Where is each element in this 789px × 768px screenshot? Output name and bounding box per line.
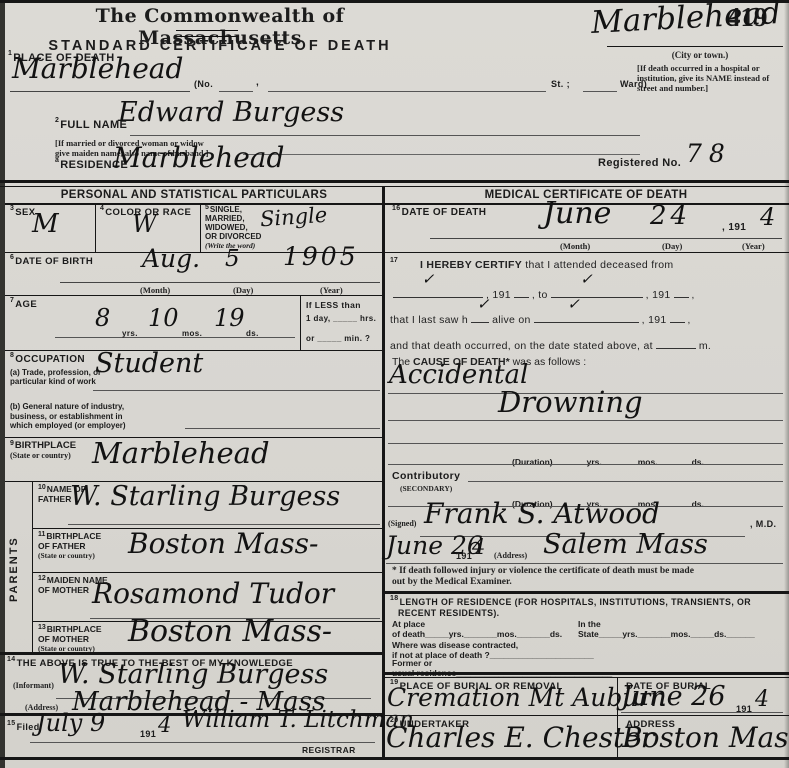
bottom-rule xyxy=(0,757,789,760)
full-name-underline xyxy=(130,135,640,136)
len-in-the: In the State_____yrs._______mos._____ds.… xyxy=(578,619,755,639)
dob-month-label: (Month) xyxy=(140,285,170,295)
occupation-a-note: (a) Trade, profession, or particular kin… xyxy=(10,368,101,386)
year-blank xyxy=(670,310,685,323)
marital-line-2: MARRIED, xyxy=(205,214,261,223)
scan-edge-right xyxy=(784,0,789,768)
duration-label: (Duration) xyxy=(512,457,553,467)
informant-label: (Informant) xyxy=(13,681,54,690)
age-less-1: If LESS than xyxy=(306,300,361,310)
race-value: W xyxy=(132,210,157,238)
marital-value: Single xyxy=(259,203,328,232)
dod-day-label: (Day) xyxy=(662,241,682,251)
occupation-a-underline xyxy=(93,390,380,391)
pronoun-blank: ✓ xyxy=(471,310,489,323)
mother-bp-label: 13BIRTHPLACE OF MOTHER (State or country… xyxy=(38,625,102,654)
birthplace-value: Marblehead xyxy=(92,436,270,470)
dod-year: 4 xyxy=(760,203,775,231)
cause-line-2: Drowning xyxy=(498,385,643,419)
cause-rule-2 xyxy=(388,420,783,421)
birthplace-label: 9BIRTHPLACE (State or country) xyxy=(10,441,76,461)
occupation-b-line-2: business, or establishment in xyxy=(10,412,126,422)
examiner-note-line-2: out by the Medical Examiner. xyxy=(392,577,784,588)
filed-191: 191 xyxy=(140,729,156,739)
len-rule xyxy=(385,591,789,594)
examiner-note-line-1: * If death followed injury or violence t… xyxy=(392,566,784,577)
burial-date-underline xyxy=(621,712,783,713)
age-yrs-value: 8 xyxy=(95,304,110,332)
occupation-a-line-1: (a) Trade, profession, or xyxy=(10,368,101,377)
parents-divider xyxy=(32,481,33,652)
checkmark: ✓ xyxy=(422,270,435,288)
len-at-place: At place of death_____yrs._______mos.___… xyxy=(392,619,562,639)
informant-value: W. Starling Burgess xyxy=(58,659,328,690)
registered-value: 78 xyxy=(686,139,732,168)
age-mos-value: 10 xyxy=(148,304,179,332)
to-label: , to xyxy=(532,289,548,301)
dod-year-label: (Year) xyxy=(742,241,765,251)
at-place-line-1: At place xyxy=(392,619,562,629)
death-certificate: The Commonwealth of Massachusetts STANDA… xyxy=(0,0,789,768)
full-name-value: Edward Burgess xyxy=(118,97,344,128)
registrar-sig: William T. Litchman xyxy=(182,707,414,733)
father-bp-row-rule xyxy=(32,572,383,573)
mother-name-value: Rosamond Tudor xyxy=(92,577,334,610)
no-label: (No. xyxy=(194,79,213,89)
residence-value: Marblehead xyxy=(113,141,284,174)
comma-label: , xyxy=(692,290,695,301)
race-marital-divider xyxy=(200,203,201,252)
place-of-death-value: Marblehead xyxy=(12,52,183,85)
sex-value: M xyxy=(32,209,59,239)
age-ds-label: ds. xyxy=(246,329,259,338)
occupation-label: 8OCCUPATION xyxy=(10,354,85,365)
filed-label: 15Filed xyxy=(7,722,40,732)
filed-underline xyxy=(30,742,375,743)
father-name-value: W. Starling Burgess xyxy=(70,481,340,512)
registered-label: Registered No. xyxy=(598,157,681,169)
dob-day-value: 5 xyxy=(225,246,240,272)
dob-year-value: 1905 xyxy=(283,242,359,271)
hospital-note: [If death occurred in a hospital or inst… xyxy=(637,63,787,93)
mother-bp-value: Boston Mass- xyxy=(128,614,332,649)
checkmark: ✓ xyxy=(477,295,490,313)
md-label: , M.D. xyxy=(750,519,776,529)
time-blank xyxy=(656,336,696,349)
birthplace-label-line: 9BIRTHPLACE xyxy=(10,441,76,451)
maiden-note-underline xyxy=(243,154,640,155)
ward-label: Ward) xyxy=(620,79,647,89)
certify-num: 17 xyxy=(390,257,398,264)
registrar-label: REGISTRAR xyxy=(302,745,356,755)
cause-rule-4 xyxy=(388,464,783,465)
signed-address-label: (Address) xyxy=(494,551,527,560)
father-bp-label: 11BIRTHPLACE OF FATHER (State or country… xyxy=(38,532,101,561)
secondary-label: (SECONDARY) xyxy=(400,484,452,493)
dob-month-value: Aug. xyxy=(142,244,200,273)
mos-label: mos. xyxy=(638,457,658,467)
cause-rule-3 xyxy=(388,443,783,444)
checkmark: ✓ xyxy=(580,270,593,288)
occupation-b-note: (b) General nature of industry, business… xyxy=(10,402,126,431)
comma-label: , xyxy=(688,315,691,326)
certify-line-1: I HEREBY CERTIFY that I attended decease… xyxy=(420,259,673,271)
sex-race-divider xyxy=(95,203,96,252)
ds-label: ds. xyxy=(692,457,704,467)
header-rule-b xyxy=(0,186,789,187)
mother-bp-label-2: OF MOTHER xyxy=(38,635,102,645)
alive-on-label: alive on xyxy=(492,314,531,326)
dob-underline xyxy=(60,282,380,283)
year-191-label: , 191 xyxy=(646,289,671,301)
last-saw-label: that I last saw h xyxy=(390,314,468,326)
marital-line-4: OR DIVORCED xyxy=(205,232,261,241)
len-header-2: RECENT RESIDENTS). xyxy=(398,608,500,618)
no-blank xyxy=(219,91,253,92)
attended-to-blank: ✓ xyxy=(551,285,643,298)
ward-blank xyxy=(583,91,617,92)
u-address-value: Boston Mass xyxy=(622,721,789,754)
burial-rule-b xyxy=(385,677,789,678)
len-header-1: 18LENGTH OF RESIDENCE (FOR HOSPITALS, IN… xyxy=(390,597,751,607)
father-bp-value: Boston Mass- xyxy=(128,527,318,560)
dod-underline xyxy=(430,238,782,239)
contributory-underline xyxy=(468,481,783,482)
signed-address-value: Salem Mass xyxy=(543,529,708,560)
marital-label: 5SINGLE, MARRIED, WIDOWED, OR DIVORCED (… xyxy=(205,205,261,250)
age-less-3: or _____ min. ? xyxy=(306,334,370,343)
birthplace-sub: (State or country) xyxy=(10,451,76,461)
header-rule-a xyxy=(0,180,789,183)
father-bp-label-3: (State or country) xyxy=(38,551,101,561)
age-less-2: 1 day, _____ hrs. xyxy=(306,314,376,323)
signed-191: 191 xyxy=(456,551,472,561)
in-the-line-1: In the xyxy=(578,619,755,629)
st-label: St. ; xyxy=(551,79,570,89)
dod-day-value: 24 xyxy=(650,201,691,231)
certify-line-4: and that death occurred, on the date sta… xyxy=(390,336,711,352)
signed-year: 4 xyxy=(472,535,485,559)
burial-date-value: June 26 xyxy=(621,681,726,712)
occupation-b-line-3: which employed (or employer) xyxy=(10,421,126,431)
corner-town: Marblehead xyxy=(590,0,781,41)
dob-label: 6DATE OF BIRTH xyxy=(10,256,93,267)
attended-from-blank: ✓ xyxy=(393,285,483,298)
dod-month-label: (Month) xyxy=(560,241,590,251)
contributory-label: Contributory xyxy=(392,470,460,482)
dob-row-rule xyxy=(5,295,383,296)
burial-year: 4 xyxy=(755,687,769,712)
full-name-label: 2FULL NAME xyxy=(55,119,127,131)
left-title: PERSONAL AND STATISTICAL PARTICULARS xyxy=(6,189,382,201)
year-191-label: , 191 xyxy=(642,314,667,326)
certify-rest: that I attended deceased from xyxy=(522,259,673,271)
year-blank xyxy=(514,285,529,298)
occupation-b-underline xyxy=(185,428,380,429)
signed-value: Frank S. Atwood xyxy=(424,497,660,530)
filed-year: 4 xyxy=(158,713,171,737)
place-underline xyxy=(10,91,190,92)
examiner-note: * If death followed injury or violence t… xyxy=(392,566,784,588)
filed-date-value: July 9 xyxy=(36,709,105,737)
parents-bottom-rule xyxy=(0,652,383,655)
commonwealth-underline xyxy=(176,30,238,37)
age-ds-value: 19 xyxy=(214,304,245,332)
signed-date-underline xyxy=(386,563,783,564)
ds-label: ds. xyxy=(692,499,704,509)
dod-row-rule xyxy=(385,252,789,253)
yrs-label: yrs. xyxy=(587,457,602,467)
age-label: 7AGE xyxy=(10,299,37,310)
year-blank xyxy=(674,285,689,298)
certify-bold: I HEREBY CERTIFY xyxy=(420,259,522,271)
dob-day-label: (Day) xyxy=(233,285,253,295)
age-mos-label: mos. xyxy=(182,329,202,338)
parents-label: PARENTS xyxy=(8,497,20,642)
age-underline xyxy=(55,337,295,338)
dod-191: , 191 xyxy=(722,222,746,233)
burial-rule-a xyxy=(385,672,789,675)
city-or-town-label: (City or town.) xyxy=(635,50,765,60)
corner-underline xyxy=(607,46,783,47)
at-place-line-2: of death_____yrs._______mos._______ds. xyxy=(392,629,562,639)
m-label: m. xyxy=(699,340,711,352)
checkmark: ✓ xyxy=(567,295,580,313)
occurred-label: and that death occurred, on the date sta… xyxy=(390,340,653,352)
occupation-a-line-2: particular kind of work xyxy=(10,377,101,386)
occupation-a-value: Student xyxy=(95,348,203,379)
certify-line-3: that I last saw h✓alive on✓, 191, xyxy=(390,310,691,326)
in-the-line-2: State_____yrs._______mos._____ds.______ xyxy=(578,629,755,639)
father-name-underline xyxy=(68,524,380,525)
dod-label: 16DATE OF DEATH xyxy=(392,207,486,218)
dod-month-value: June xyxy=(543,196,611,231)
occupation-b-line-1: (b) General nature of industry, xyxy=(10,402,126,412)
len-former: Former or usual residence_______________… xyxy=(392,659,612,678)
father-bp-label-2: OF FATHER xyxy=(38,542,101,552)
marital-line-3: WIDOWED, xyxy=(205,223,261,232)
marital-line-1: 5SINGLE, xyxy=(205,205,261,214)
alive-on-blank: ✓ xyxy=(534,310,639,323)
dob-year-label: (Year) xyxy=(320,285,343,295)
street-blank xyxy=(268,91,546,92)
signed-label: (Signed) xyxy=(388,519,416,528)
comma-label: , xyxy=(256,77,259,88)
age-less-divider xyxy=(300,295,301,350)
age-yrs-label: yrs. xyxy=(122,329,138,338)
undertaker-value: Charles E. Chester xyxy=(386,721,654,754)
burial-row-rule xyxy=(385,715,789,716)
certify-line-2: ✓, 191, to✓, 191, xyxy=(390,285,695,301)
